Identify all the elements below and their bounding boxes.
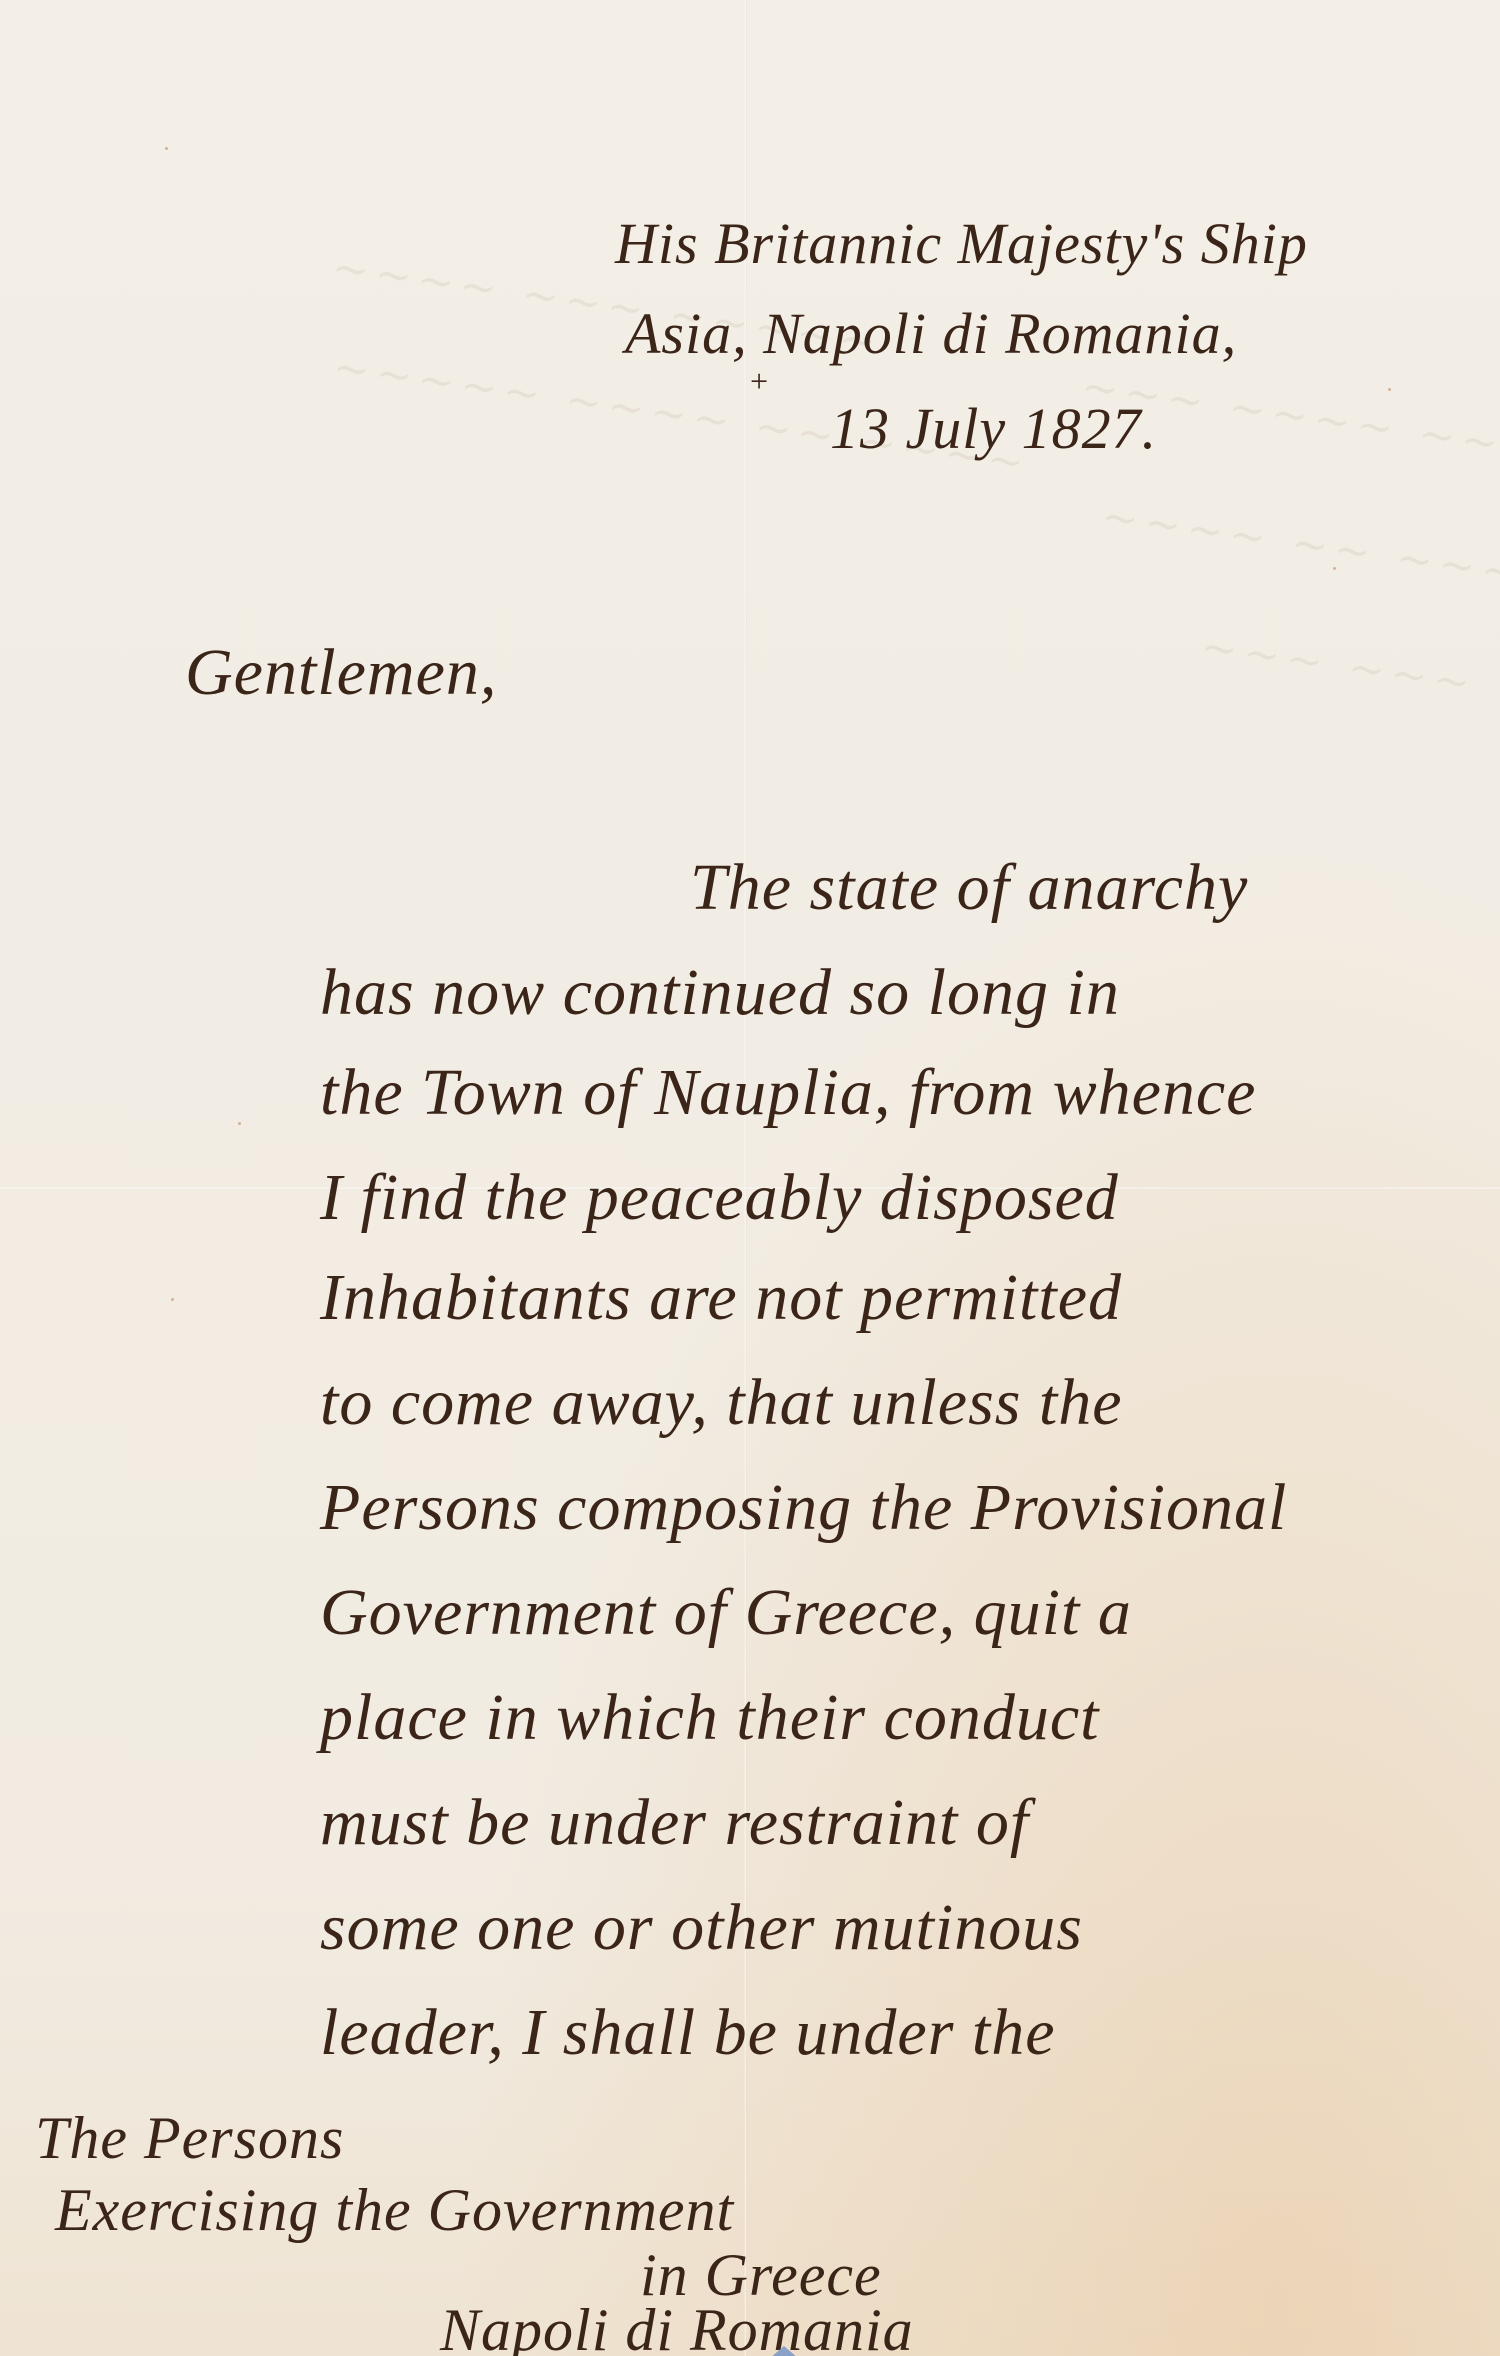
body-line: Persons composing the Provisional bbox=[320, 1475, 1287, 1541]
letter-page: ~~~~ ~~~ ~~~~~ ~~~~~ ~~~~ ~~ ~~~~ ~~~ ~~… bbox=[0, 0, 1500, 2356]
paper-speck bbox=[165, 147, 168, 150]
paper-speck bbox=[238, 1122, 241, 1125]
header-date: 13 July 1827. bbox=[830, 400, 1157, 458]
body-line: some one or other mutinous bbox=[320, 1895, 1083, 1961]
addressee-line: Exercising the Government bbox=[55, 2180, 734, 2240]
addressee-line: in Greece bbox=[640, 2245, 882, 2305]
header-location-line: Asia, Napoli di Romania, bbox=[625, 305, 1237, 363]
addressee-line: The Persons bbox=[35, 2108, 344, 2168]
addressee-line: Napoli di Romania bbox=[440, 2300, 914, 2356]
salutation: Gentlemen, bbox=[185, 640, 497, 706]
paper-speck bbox=[1388, 388, 1391, 391]
bleed-through-text: ~~~ ~~~ bbox=[1198, 621, 1480, 710]
header-ship-line: His Britannic Majesty's Ship bbox=[615, 215, 1308, 273]
body-line: Inhabitants are not permitted bbox=[320, 1265, 1122, 1331]
bottom-blue-mark bbox=[770, 2346, 798, 2356]
body-line: place in which their conduct bbox=[320, 1685, 1100, 1751]
body-line: Government of Greece, quit a bbox=[320, 1580, 1132, 1646]
body-line: must be under restraint of bbox=[320, 1790, 1029, 1856]
bleed-through-text: ~~~~ ~~ ~~~ bbox=[1099, 491, 1500, 601]
paper-speck bbox=[1333, 567, 1336, 570]
insertion-mark: + bbox=[748, 365, 771, 397]
paper-speck bbox=[171, 1298, 174, 1301]
body-line: to come away, that unless the bbox=[320, 1370, 1123, 1436]
body-line: has now continued so long in bbox=[320, 960, 1120, 1026]
body-line: leader, I shall be under the bbox=[320, 2000, 1056, 2066]
body-line: I find the peaceably disposed bbox=[320, 1165, 1119, 1231]
body-line: The state of anarchy bbox=[690, 855, 1248, 921]
body-line: the Town of Nauplia, from whence bbox=[320, 1060, 1256, 1126]
